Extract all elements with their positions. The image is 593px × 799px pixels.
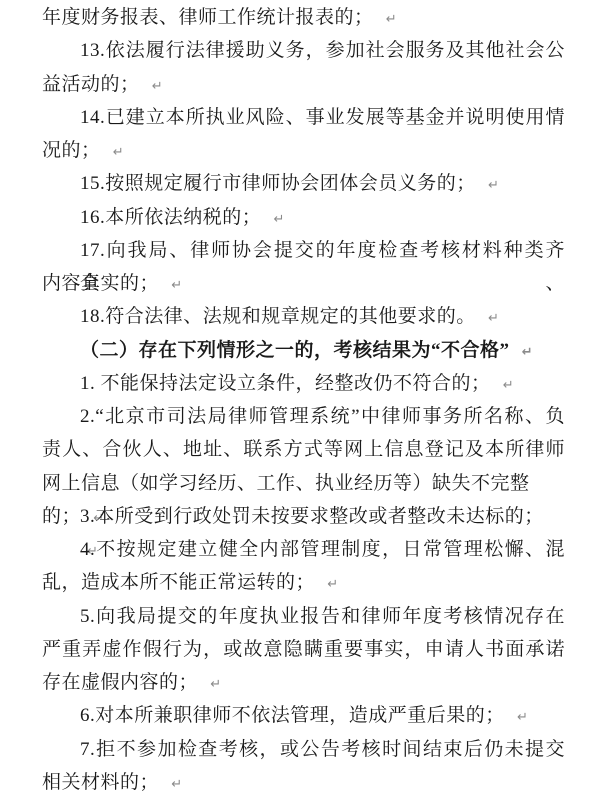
document-text-line: （二）存在下列情形之一的，考核结果为“不合格” ↵ [42, 334, 565, 367]
document-text-line: 2.“北京市司法局律师管理系统”中律师事务所名称、负 [42, 400, 565, 433]
line-text: 18.符合法律、法规和规章规定的其他要求的。 [80, 306, 476, 327]
document-text-line: 13.依法履行法律援助义务，参加社会服务及其他社会公 [42, 34, 565, 67]
paragraph-mark-icon: ↵ [488, 302, 499, 335]
line-text: 6.对本所兼职律师不依法管理，造成严重后果的； [80, 705, 505, 726]
line-text: 存在虚假内容的； [42, 672, 198, 693]
document-text-line: 严重弄虚作假行为，或故意隐瞒重要事实，申请人书面承诺 [42, 633, 565, 666]
line-text: 7.拒不参加检查考核，或公告考核时间结束后仍未提交 [80, 739, 565, 760]
line-text: 况的； [42, 140, 101, 161]
document-page: 年度财务报表、律师工作统计报表的； ↵ 13.依法履行法律援助义务，参加社会服务… [0, 0, 593, 799]
document-text-line: 7.拒不参加检查考核，或公告考核时间结束后仍未提交 [42, 733, 565, 766]
paragraph-mark-icon: ↵ [210, 668, 221, 701]
paragraph-mark-icon: ↵ [327, 568, 338, 601]
document-text-line: 18.符合法律、法规和规章规定的其他要求的。 ↵ [42, 300, 565, 333]
line-text: 2.“北京市司法局律师管理系统”中律师事务所名称、负 [80, 406, 565, 427]
line-text: 年度财务报表、律师工作统计报表的； [42, 7, 374, 28]
line-text: 益活动的； [42, 74, 140, 95]
line-text: 相关材料的； [42, 772, 159, 793]
line-text: 1. 不能保持法定设立条件，经整改仍不符合的； [80, 373, 491, 394]
document-text-line: 1. 不能保持法定设立条件，经整改仍不符合的； ↵ [42, 367, 565, 400]
document-text-line: 15.按照规定履行市律师协会团体会员义务的； ↵ [42, 167, 565, 200]
document-text-line: 网上信息（如学习经历、工作、执业经历等）缺失不完整的； ↵ [42, 467, 565, 500]
paragraph-mark-icon: ↵ [113, 136, 124, 169]
line-text: 14.已建立本所执业风险、事业发展等基金并说明使用情 [80, 107, 565, 128]
line-text: 乱，造成本所不能正常运转的； [42, 572, 315, 593]
paragraph-mark-icon: ↵ [152, 70, 163, 103]
paragraph-mark-icon: ↵ [488, 169, 499, 202]
paragraph-mark-icon: ↵ [171, 768, 182, 799]
document-text-line: 17.向我局、律师协会提交的年度检查考核材料种类齐全、 [42, 234, 565, 267]
line-text: 严重弄虚作假行为，或故意隐瞒重要事实，申请人书面承诺 [42, 639, 565, 660]
document-text-line: 存在虚假内容的； ↵ [42, 666, 565, 699]
paragraph-mark-icon: ↵ [522, 336, 533, 369]
line-text: 13.依法履行法律援助义务，参加社会服务及其他社会公 [80, 40, 565, 61]
document-text-line: 责人、合伙人、地址、联系方式等网上信息登记及本所律师 [42, 433, 565, 466]
line-text: 16.本所依法纳税的； [80, 207, 261, 228]
line-text: 15.按照规定履行市律师协会团体会员义务的； [80, 173, 476, 194]
line-text: （二）存在下列情形之一的，考核结果为“不合格” [80, 340, 510, 361]
document-text-line: 6.对本所兼职律师不依法管理，造成严重后果的； ↵ [42, 699, 565, 732]
paragraph-mark-icon: ↵ [274, 203, 285, 236]
line-text: 4.不按规定建立健全内部管理制度，日常管理松懈、混 [80, 539, 565, 560]
document-text-line: 乱，造成本所不能正常运转的； ↵ [42, 566, 565, 599]
document-text-line: 14.已建立本所执业风险、事业发展等基金并说明使用情 [42, 101, 565, 134]
line-text: 内容真实的； [42, 273, 159, 294]
paragraph-mark-icon: ↵ [503, 369, 514, 402]
line-text: 5.向我局提交的年度执业报告和律师年度考核情况存在 [80, 606, 565, 627]
line-text: 3.本所受到行政处罚未按要求整改或者整改未达标的； [80, 506, 544, 527]
document-text-line: 年度财务报表、律师工作统计报表的； ↵ [42, 1, 565, 34]
document-text-line: 相关材料的； ↵ [42, 766, 565, 799]
paragraph-mark-icon: ↵ [517, 701, 528, 734]
document-text-line: 4.不按规定建立健全内部管理制度，日常管理松懈、混 [42, 533, 565, 566]
document-text-line: 5.向我局提交的年度执业报告和律师年度考核情况存在 [42, 600, 565, 633]
paragraph-mark-icon: ↵ [171, 269, 182, 302]
paragraph-mark-icon: ↵ [386, 3, 397, 36]
document-text-line: 益活动的； ↵ [42, 68, 565, 101]
line-text: 责人、合伙人、地址、联系方式等网上信息登记及本所律师 [42, 439, 565, 460]
document-text-line: 况的； ↵ [42, 134, 565, 167]
document-text-line: 16.本所依法纳税的； ↵ [42, 201, 565, 234]
document-text-line: 3.本所受到行政处罚未按要求整改或者整改未达标的； ↵ [42, 500, 565, 533]
